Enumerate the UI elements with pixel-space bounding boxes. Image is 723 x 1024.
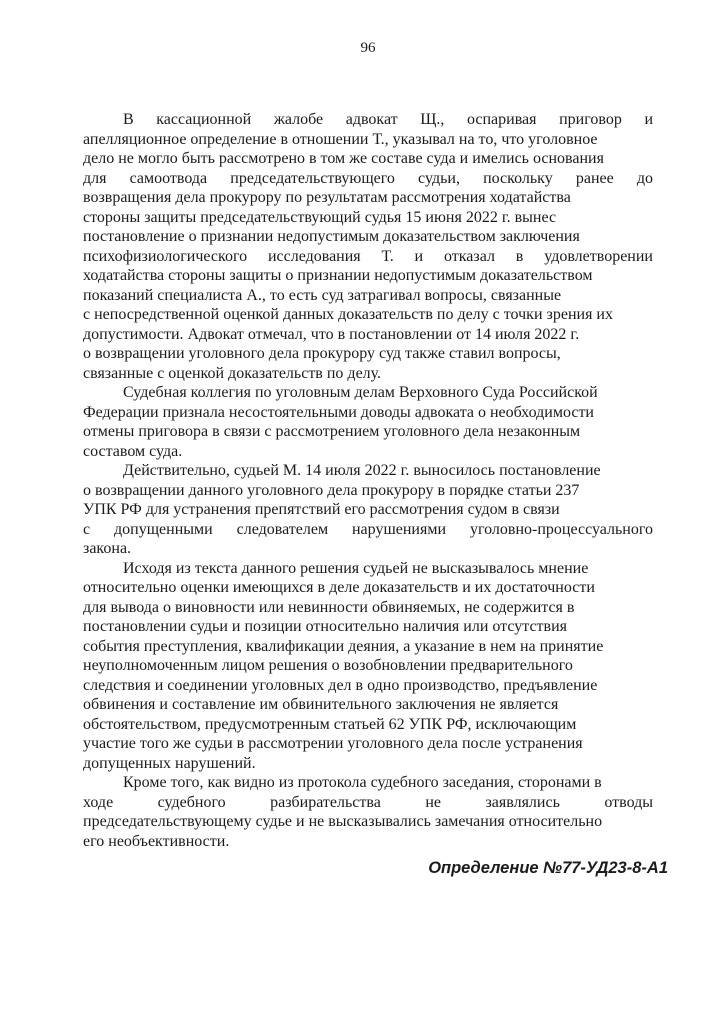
text-line: с непосредственной оценкой данных доказа… (83, 305, 653, 325)
text-line: ходе судебного разбирательства не заявля… (83, 793, 653, 813)
text-line: допустимости. Адвокат отмечал, что в пос… (83, 325, 653, 345)
text-line: отмены приговора в связи с рассмотрением… (83, 422, 653, 442)
paragraph: Кроме того, как видно из протокола судеб… (83, 773, 653, 851)
text-line: допущенных нарушений. (83, 754, 653, 774)
text-line: о возвращении уголовного дела прокурору … (83, 344, 653, 364)
text-line: Кроме того, как видно из протокола судеб… (83, 773, 653, 793)
text-line: показаний специалиста А., то есть суд за… (83, 286, 653, 306)
text-line: закона. (83, 539, 653, 559)
text-line: апелляционное определение в отношении Т.… (83, 130, 653, 150)
document-page: 96 В кассационной жалобе адвокат Щ., осп… (0, 0, 723, 1024)
text-line: события преступления, квалификации деяни… (83, 637, 653, 657)
paragraph: Судебная коллегия по уголовным делам Вер… (83, 383, 653, 461)
text-line: ходатайства стороны защиты о признании н… (83, 266, 653, 286)
text-line: относительно оценки имеющихся в деле док… (83, 578, 653, 598)
text-line: составом суда. (83, 442, 653, 462)
ruling-reference: Определение №77-УД23-8-А1 (83, 858, 668, 878)
text-line: неуполномоченным лицом решения о возобно… (83, 656, 653, 676)
text-line: Федерации признала несостоятельными дово… (83, 403, 653, 423)
page-number: 96 (83, 40, 653, 57)
text-line: Действительно, судьей М. 14 июля 2022 г.… (83, 461, 653, 481)
text-line: председательствующему судье и не высказы… (83, 812, 653, 832)
text-line: Судебная коллегия по уголовным делам Вер… (83, 383, 653, 403)
text-line: обстоятельством, предусмотренным статьей… (83, 715, 653, 735)
text-line: участие того же судьи в рассмотрении уго… (83, 734, 653, 754)
text-line: связанные с оценкой доказательств по дел… (83, 364, 653, 384)
text-line: обвинения и составление им обвинительног… (83, 695, 653, 715)
text-line: для самоотвода председательствующего суд… (83, 169, 653, 189)
text-line: для вывода о виновности или невинности о… (83, 598, 653, 618)
text-line: о возвращении данного уголовного дела пр… (83, 481, 653, 501)
text-line: его необъективности. (83, 832, 653, 852)
text-line: с допущенными следователем нарушениями у… (83, 520, 653, 540)
text-line: В кассационной жалобе адвокат Щ., оспари… (83, 110, 653, 130)
text-line: УПК РФ для устранения препятствий его ра… (83, 500, 653, 520)
text-line: возвращения дела прокурору по результата… (83, 188, 653, 208)
paragraph: Действительно, судьей М. 14 июля 2022 г.… (83, 461, 653, 559)
text-line: стороны защиты председательствующий судь… (83, 208, 653, 228)
document-body: В кассационной жалобе адвокат Щ., оспари… (83, 110, 653, 851)
text-line: постановление о признании недопустимым д… (83, 227, 653, 247)
text-line: следствия и соединении уголовных дел в о… (83, 676, 653, 696)
text-line: Исходя из текста данного решения судьей … (83, 559, 653, 579)
paragraph: В кассационной жалобе адвокат Щ., оспари… (83, 110, 653, 383)
text-line: психофизиологического исследования Т. и … (83, 247, 653, 267)
text-line: дело не могло быть рассмотрено в том же … (83, 149, 653, 169)
paragraph: Исходя из текста данного решения судьей … (83, 559, 653, 774)
text-line: постановлении судьи и позиции относитель… (83, 617, 653, 637)
